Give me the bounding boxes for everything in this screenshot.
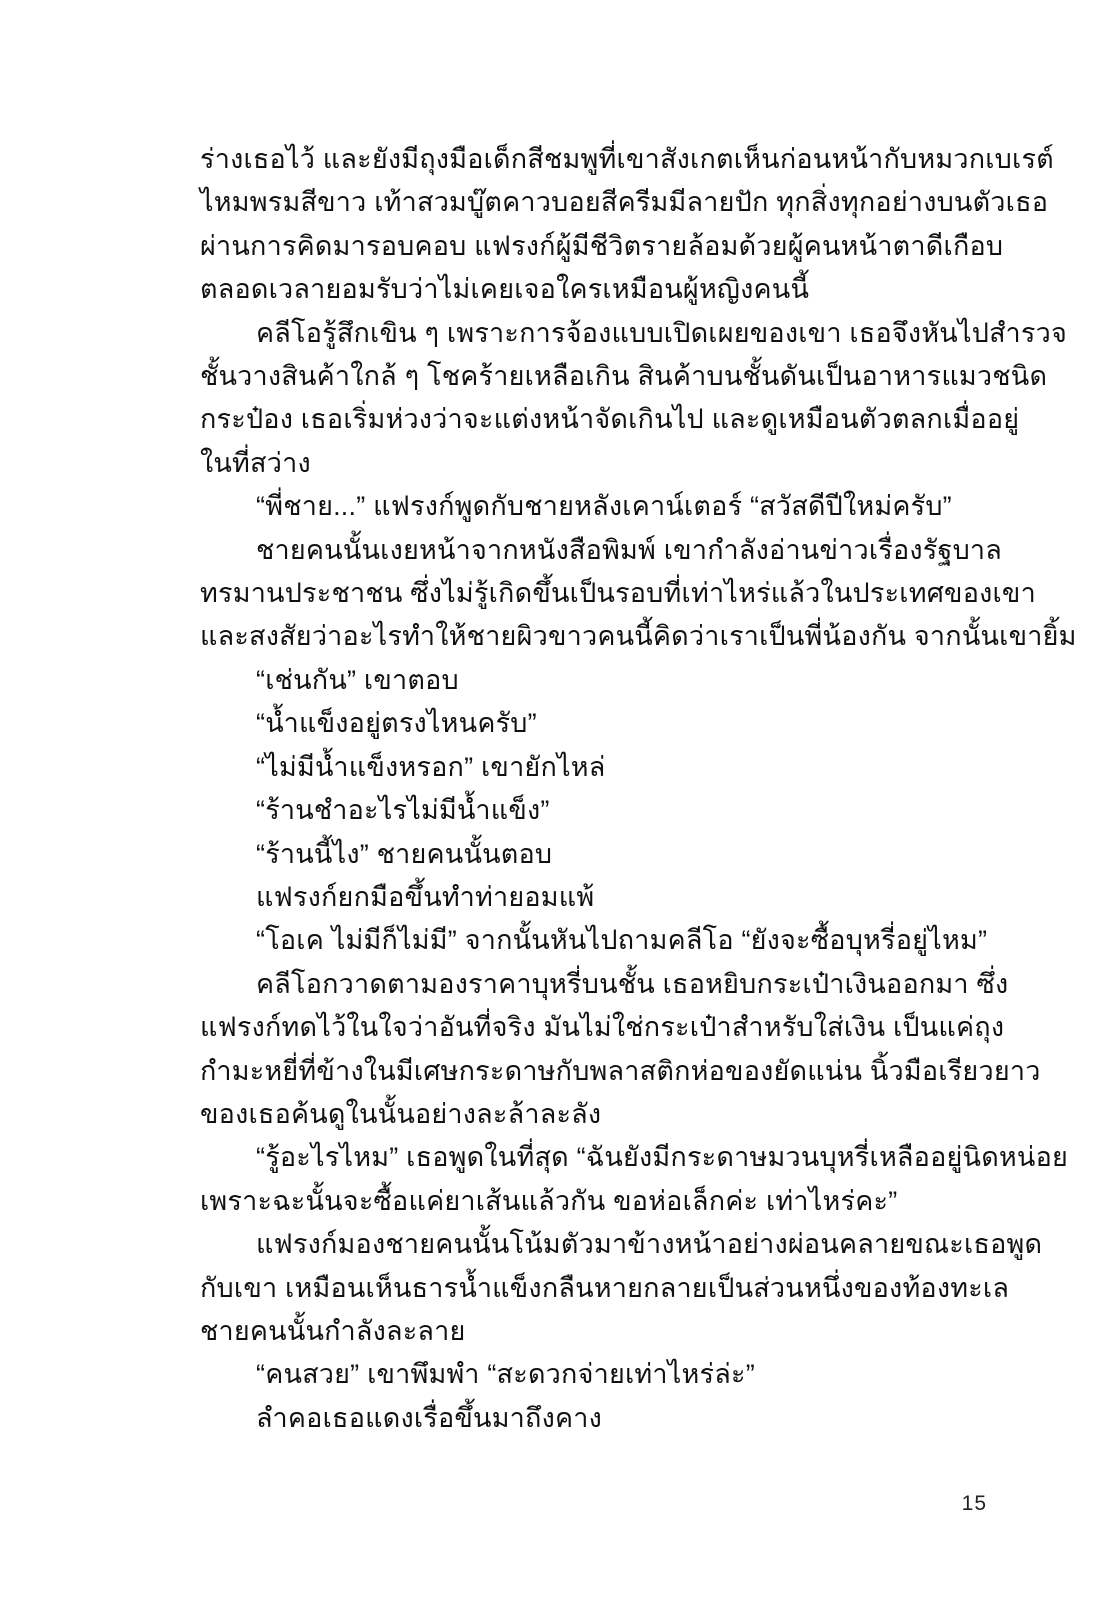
paragraph: แฟรงก์มองชายคนนั้นโน้มตัวมาข้างหน้าอย่าง…	[200, 1223, 992, 1353]
text-line: แฟรงก์มองชายคนนั้นโน้มตัวมาข้างหน้าอย่าง…	[200, 1223, 992, 1266]
text-line: แฟรงก์ทดไว้ในใจว่าอันที่จริง มันไม่ใช่กร…	[200, 1006, 992, 1049]
text-line: “ร้านชำอะไรไม่มีน้ำแข็ง”	[200, 789, 992, 832]
text-line: “พี่ชาย...” แฟรงก์พูดกับชายหลังเคาน์เตอร…	[200, 485, 992, 528]
text-line: ชายคนนั้นกำลังละลาย	[200, 1310, 992, 1353]
paragraph: “คนสวย” เขาพึมพำ “สะดวกจ่ายเท่าไหร่ล่ะ”	[200, 1353, 992, 1396]
paragraph: ร่างเธอไว้ และยังมีถุงมือเด็กสีชมพูที่เข…	[200, 138, 992, 312]
text-line: ของเธอค้นดูในนั้นอย่างละล้าละลัง	[200, 1093, 992, 1136]
paragraph: “ไม่มีน้ำแข็งหรอก” เขายักไหล่	[200, 746, 992, 789]
text-line: คลีโอกวาดตามองราคาบุหรี่บนชั้น เธอหยิบกร…	[200, 963, 992, 1006]
text-line: ชายคนนั้นเงยหน้าจากหนังสือพิมพ์ เขากำลัง…	[200, 529, 992, 572]
paragraph: “ร้านนี้ไง” ชายคนนั้นตอบ	[200, 833, 992, 876]
paragraph: ลำคอเธอแดงเรื่อขึ้นมาถึงคาง	[200, 1397, 992, 1440]
text-line: “รู้อะไรไหม” เธอพูดในที่สุด “ฉันยังมีกระ…	[200, 1136, 992, 1179]
text-line: ลำคอเธอแดงเรื่อขึ้นมาถึงคาง	[200, 1397, 992, 1440]
text-line: “คนสวย” เขาพึมพำ “สะดวกจ่ายเท่าไหร่ล่ะ”	[200, 1353, 992, 1396]
text-line: ร่างเธอไว้ และยังมีถุงมือเด็กสีชมพูที่เข…	[200, 138, 992, 181]
text-block: ร่างเธอไว้ และยังมีถุงมือเด็กสีชมพูที่เข…	[200, 138, 992, 1440]
text-line: ในที่สว่าง	[200, 442, 992, 485]
paragraph: ชายคนนั้นเงยหน้าจากหนังสือพิมพ์ เขากำลัง…	[200, 529, 992, 659]
paragraph: แฟรงก์ยกมือขึ้นทำท่ายอมแพ้	[200, 876, 992, 919]
text-line: ชั้นวางสินค้าใกล้ ๆ โชคร้ายเหลือเกิน สิน…	[200, 355, 992, 398]
text-line: เพราะฉะนั้นจะซื้อแค่ยาเส้นแล้วกัน ขอห่อเ…	[200, 1180, 992, 1223]
text-line: “น้ำแข็งอยู่ตรงไหนครับ”	[200, 702, 992, 745]
paragraph: “น้ำแข็งอยู่ตรงไหนครับ”	[200, 702, 992, 745]
text-line: “ร้านนี้ไง” ชายคนนั้นตอบ	[200, 833, 992, 876]
paragraph: “โอเค ไม่มีก็ไม่มี” จากนั้นหันไปถามคลีโอ…	[200, 919, 992, 962]
text-line: คลีโอรู้สึกเขิน ๆ เพราะการจ้องแบบเปิดเผย…	[200, 312, 992, 355]
paragraph: “เช่นกัน” เขาตอบ	[200, 659, 992, 702]
paragraph: “รู้อะไรไหม” เธอพูดในที่สุด “ฉันยังมีกระ…	[200, 1136, 992, 1223]
text-line: ทรมานประชาชน ซึ่งไม่รู้เกิดขึ้นเป็นรอบที…	[200, 572, 992, 615]
text-line: ไหมพรมสีขาว เท้าสวมบู๊ตคาวบอยสีครีมมีลาย…	[200, 181, 992, 224]
text-line: “ไม่มีน้ำแข็งหรอก” เขายักไหล่	[200, 746, 992, 789]
paragraph: คลีโอรู้สึกเขิน ๆ เพราะการจ้องแบบเปิดเผย…	[200, 312, 992, 486]
text-line: แฟรงก์ยกมือขึ้นทำท่ายอมแพ้	[200, 876, 992, 919]
text-line: ผ่านการคิดมารอบคอบ แฟรงก์ผู้มีชีวิตรายล้…	[200, 225, 992, 268]
paragraph: “ร้านชำอะไรไม่มีน้ำแข็ง”	[200, 789, 992, 832]
paragraph: คลีโอกวาดตามองราคาบุหรี่บนชั้น เธอหยิบกร…	[200, 963, 992, 1137]
text-line: ตลอดเวลายอมรับว่าไม่เคยเจอใครเหมือนผู้หญ…	[200, 268, 992, 311]
book-page: ร่างเธอไว้ และยังมีถุงมือเด็กสีชมพูที่เข…	[0, 0, 1109, 1621]
text-line: “เช่นกัน” เขาตอบ	[200, 659, 992, 702]
text-line: กระป๋อง เธอเริ่มห่วงว่าจะแต่งหน้าจัดเกิน…	[200, 398, 992, 441]
paragraph: “พี่ชาย...” แฟรงก์พูดกับชายหลังเคาน์เตอร…	[200, 485, 992, 528]
text-line: กำมะหยี่ที่ข้างในมีเศษกระดาษกับพลาสติกห่…	[200, 1050, 992, 1093]
text-line: และสงสัยว่าอะไรทำให้ชายผิวขาวคนนี้คิดว่า…	[200, 615, 992, 658]
page-number: 15	[962, 1490, 987, 1518]
text-line: “โอเค ไม่มีก็ไม่มี” จากนั้นหันไปถามคลีโอ…	[200, 919, 992, 962]
text-line: กับเขา เหมือนเห็นธารน้ำแข็งกลืนหายกลายเป…	[200, 1267, 992, 1310]
